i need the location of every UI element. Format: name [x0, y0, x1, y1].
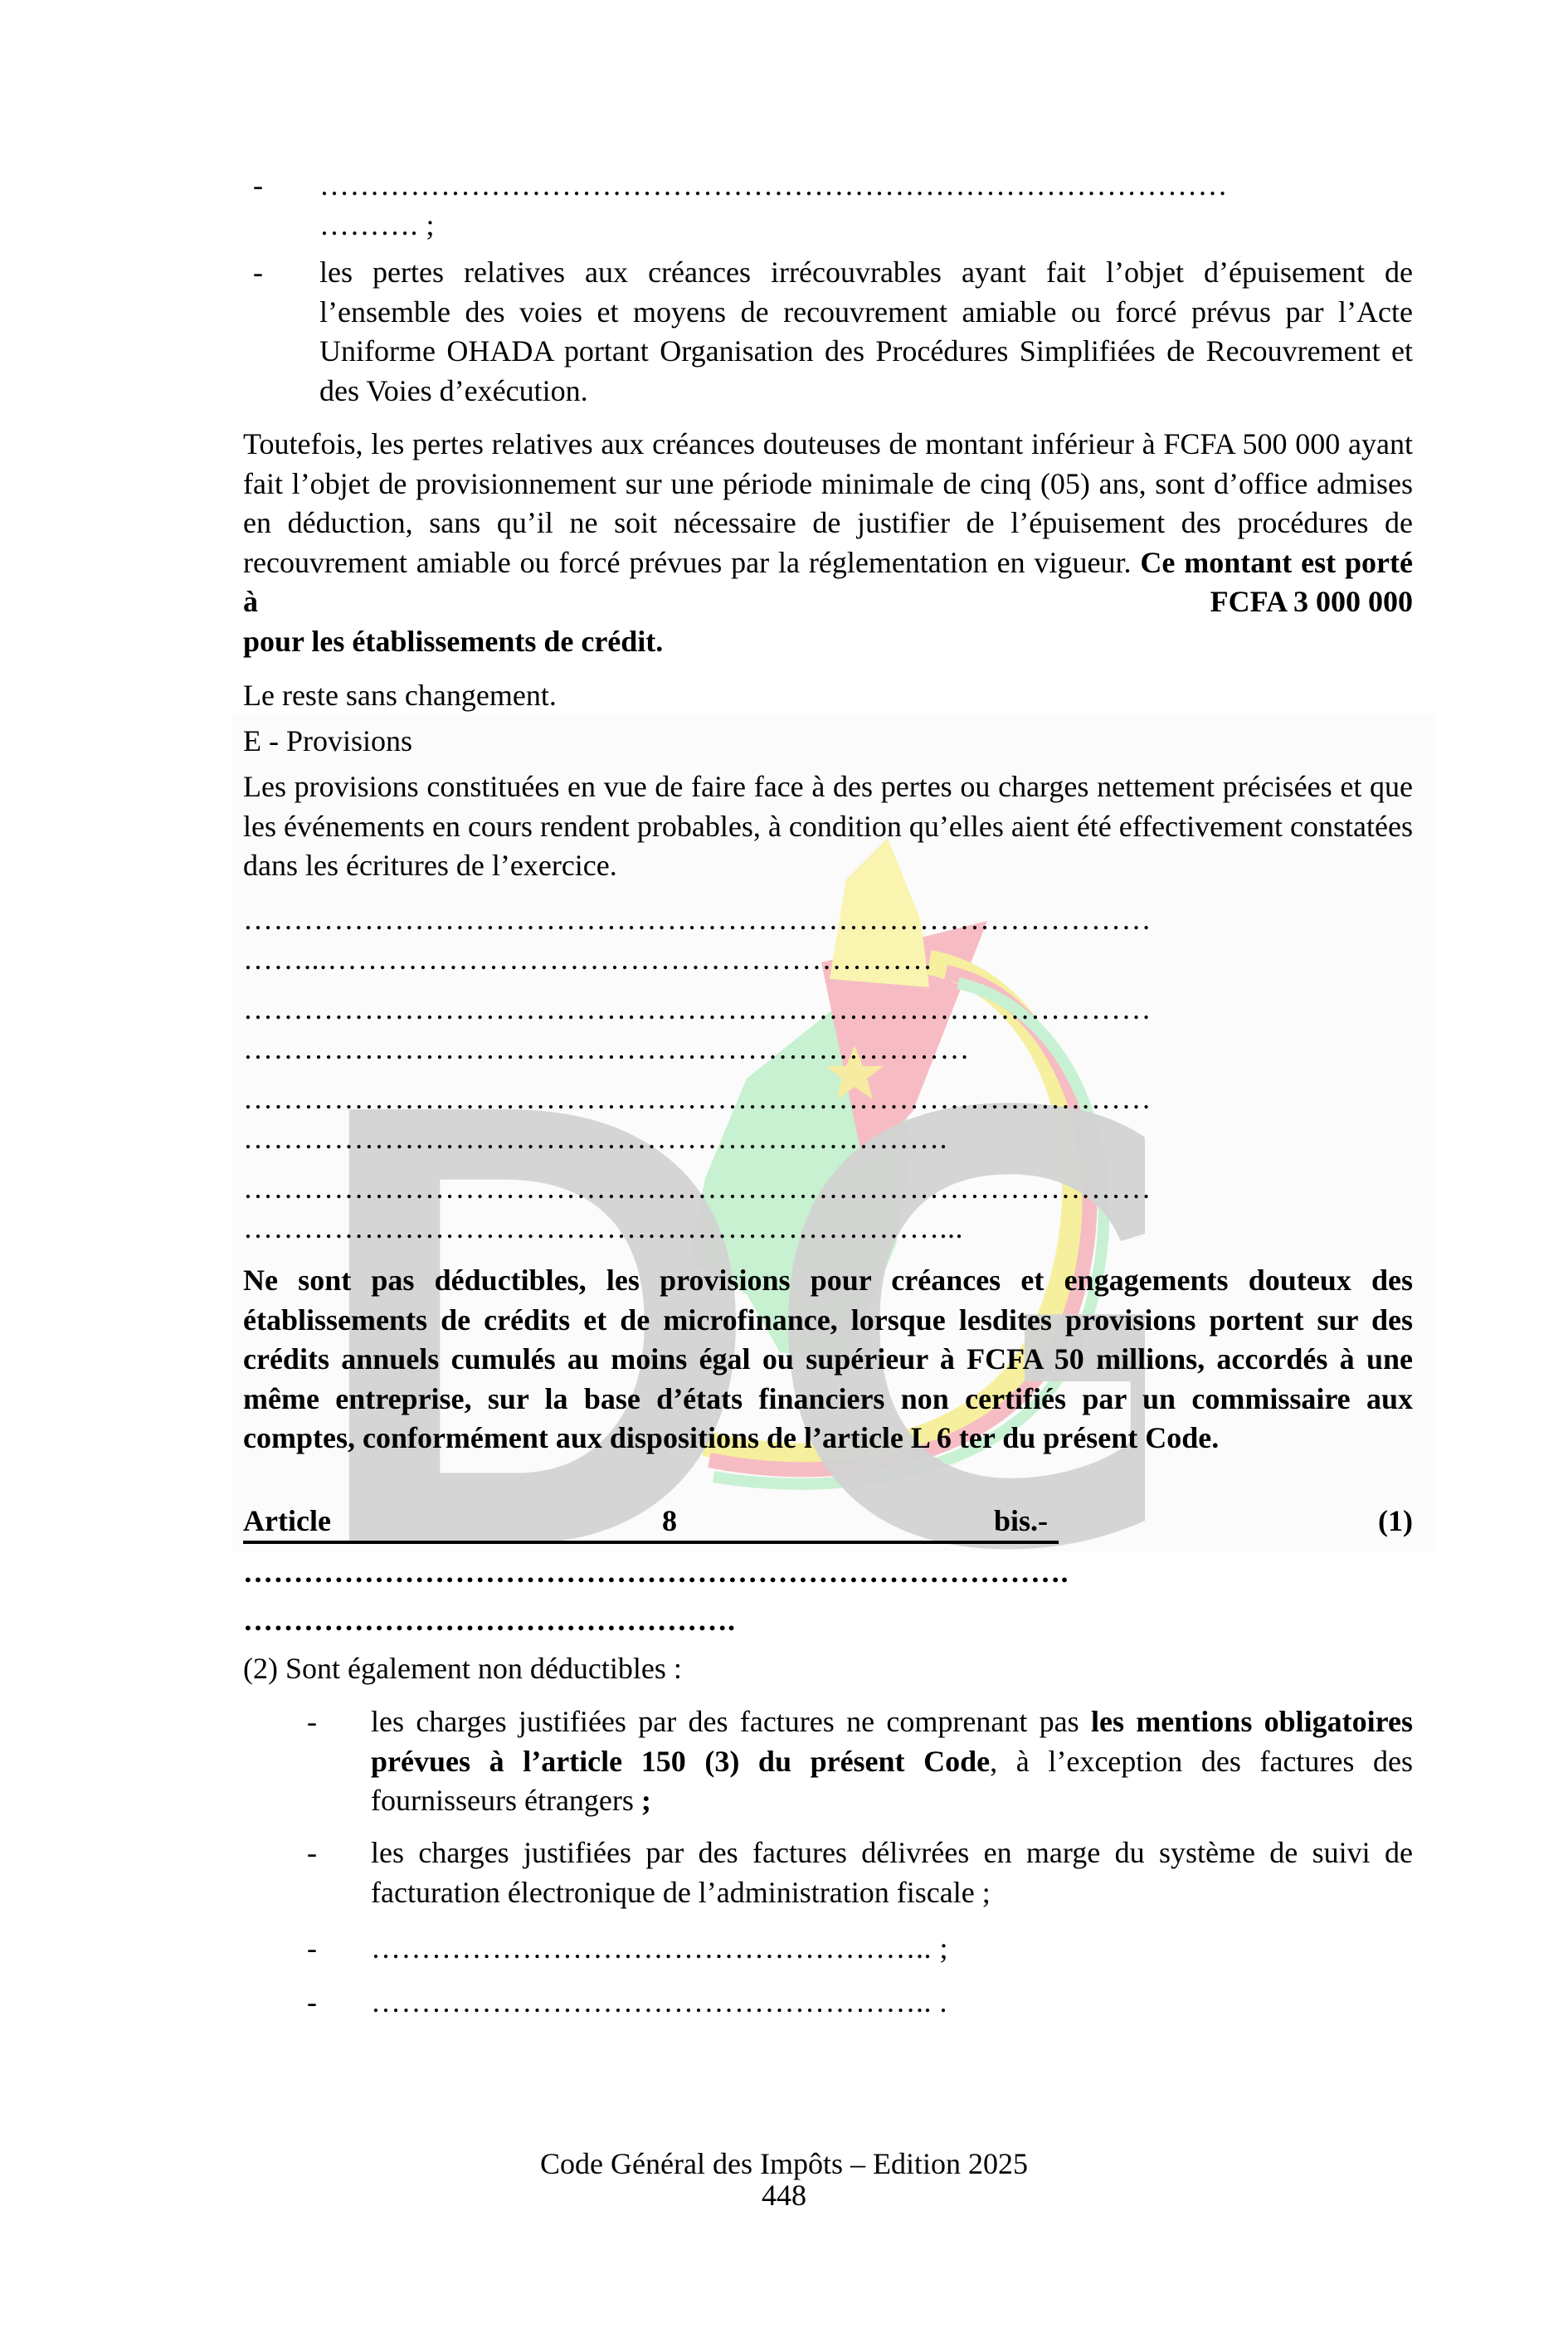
- paragraph-non-deductibles: Ne sont pas déductibles, les provisions …: [243, 1261, 1413, 1458]
- list-bullet: -: [307, 1833, 317, 1873]
- section-heading: E - Provisions: [243, 722, 1413, 762]
- ellipsis-line: ………………………………………….: [243, 1601, 736, 1641]
- article-number: 8: [662, 1503, 677, 1538]
- list-item-text: les pertes relatives aux créances irréco…: [319, 253, 1413, 411]
- ellipsis-line: ………………………………………………………………………………: [243, 1169, 1152, 1209]
- bold-amount-scope: pour les établissements de crédit.: [243, 625, 663, 658]
- text-run-bold: ;: [641, 1784, 651, 1817]
- ellipsis-line: ………………………………………………………………………………: [319, 166, 1228, 206]
- paragraph-toutefois: Toutefois, les pertes relatives aux créa…: [243, 425, 1413, 661]
- list-bullet: -: [253, 253, 263, 293]
- ellipsis-line: ………. ;: [319, 206, 435, 246]
- list-bullet: -: [253, 166, 263, 206]
- ellipsis-line: ………………………………………………………………: [243, 1030, 970, 1069]
- article-heading: Article 8 bis.- (1): [243, 1503, 1413, 1543]
- list-bullet: -: [307, 1929, 317, 1969]
- list-bullet: -: [307, 1702, 317, 1742]
- subsection-heading: (2) Sont également non déductibles :: [243, 1649, 1413, 1689]
- bold-amount-value: FCFA 3 000 000: [1210, 582, 1413, 622]
- footer-title: Code Général des Impôts – Edition 2025: [0, 2147, 1568, 2180]
- paragraph-provisions: Les provisions constituées en vue de fai…: [243, 767, 1413, 886]
- page-number: 448: [0, 2179, 1568, 2212]
- article-word: Article: [243, 1503, 331, 1538]
- list-item-text: les charges justifiées par des factures …: [371, 1833, 1413, 1912]
- article-paragraph-number: (1): [1378, 1503, 1413, 1538]
- ellipsis-line: ………………………………………………………………………………: [243, 990, 1152, 1030]
- ellipsis-line: ………………………………………………………………………………: [243, 1079, 1152, 1119]
- text-run: les charges justifiées par des factures …: [371, 1705, 1091, 1738]
- ellipsis-line: ……...……………………………………………………: [243, 940, 933, 980]
- list-item-ellipsis: - ……………………………………………………………………………… ………. ;: [0, 166, 1568, 249]
- ellipsis-line: …………………………………………………………….: [243, 1119, 947, 1159]
- list-item-text: les charges justifiées par des factures …: [371, 1702, 1413, 1821]
- ellipsis-line: ……………………………………………….. .: [371, 1983, 947, 2023]
- ellipsis-line: ………………………………………………………………………………: [243, 900, 1152, 940]
- article-underline: [243, 1541, 1059, 1544]
- paragraph-reste: Le reste sans changement.: [243, 676, 1413, 716]
- article-suffix: bis.-: [994, 1503, 1048, 1538]
- list-bullet: -: [307, 1983, 317, 2023]
- ellipsis-line: ……………………………………………….. ;: [371, 1929, 948, 1969]
- document-page: DGI - ……………………………………………………………………………… …………: [0, 0, 1568, 2352]
- ellipsis-line: ……………………………………………………………...: [243, 1209, 963, 1249]
- ellipsis-line: ……………………………………………………………………….: [243, 1553, 1069, 1593]
